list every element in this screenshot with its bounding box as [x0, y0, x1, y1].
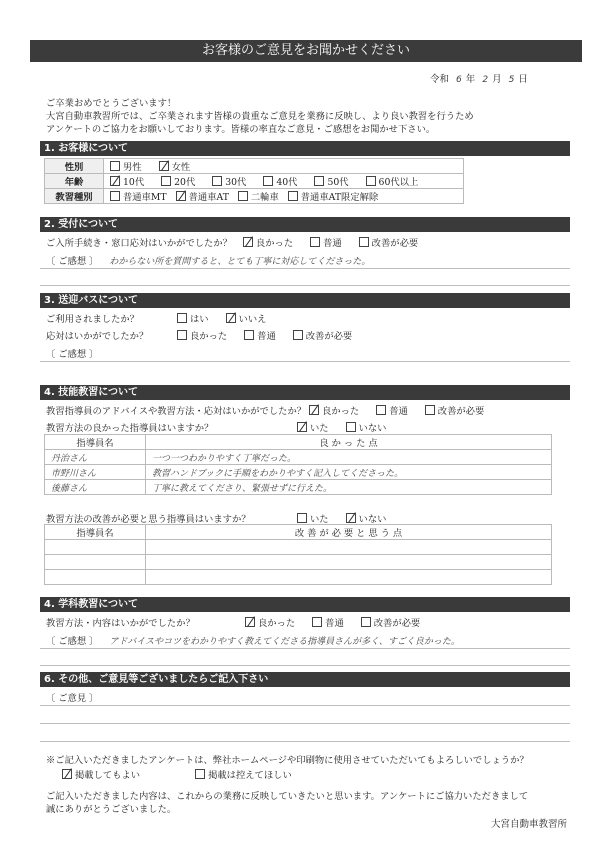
- instructor-name[interactable]: [45, 540, 146, 555]
- closing-line: 誠にありがとうございました。: [46, 803, 528, 816]
- option-label: 10代: [123, 177, 144, 188]
- checkbox-icon[interactable]: [346, 422, 356, 432]
- date-era: 令和: [430, 74, 449, 85]
- option-label: 良かった: [322, 406, 359, 417]
- checkbox-icon[interactable]: [376, 405, 386, 415]
- option-label: 普通: [325, 618, 344, 629]
- checkbox-icon[interactable]: [359, 237, 369, 247]
- other-comment[interactable]: 〔 ご意見 〕: [46, 690, 98, 704]
- option-label: 普通: [257, 331, 276, 342]
- option-label: 女性: [172, 162, 191, 173]
- date-day-unit: 日: [518, 74, 528, 85]
- option-normal[interactable]: 普通: [312, 618, 344, 629]
- option-needs-improvement[interactable]: 改善が必要: [359, 238, 419, 249]
- option-male[interactable]: 男性: [110, 162, 142, 173]
- page-title: お客様のご意見をお聞かせください: [30, 40, 582, 62]
- option-decline-publish[interactable]: 掲載は控えてほしい: [195, 770, 292, 781]
- row-label: 年齢: [45, 174, 104, 189]
- divider: [40, 741, 570, 742]
- question-text: 教習方法・内容はいかがでしたか？: [46, 615, 242, 629]
- option-label: 30代: [225, 177, 246, 188]
- section-heading-other: 6. その他、ご意見等ございましたらご記入下さい: [40, 672, 570, 687]
- option-label: はい: [190, 314, 209, 325]
- option-label: 良かった: [258, 618, 295, 629]
- table-row: [45, 570, 552, 585]
- date-year[interactable]: 6: [456, 75, 462, 85]
- reception-question-row: ご入所手続き・窓口応対はいかがでしたか？ 良かった 普通 改善が必要: [46, 235, 432, 249]
- shuttle-comment[interactable]: 〔 ご感想 〕: [46, 346, 98, 360]
- checkbox-icon[interactable]: [195, 769, 205, 779]
- option-label: 二輪車: [251, 192, 279, 203]
- option-age-30s[interactable]: 30代: [212, 177, 246, 188]
- option-age-60s-plus[interactable]: 60代以上: [366, 177, 419, 188]
- option-good[interactable]: 良かった: [177, 331, 227, 342]
- checkbox-icon[interactable]: [212, 176, 222, 186]
- good-point[interactable]: 一つ一つわかりやすく丁寧だった。: [146, 450, 552, 465]
- divider: [40, 285, 570, 286]
- checkbox-checked-icon[interactable]: [110, 176, 120, 186]
- classroom-comment[interactable]: 〔 ご感想 〕 アドバイスやコツをわかりやすく教えてくださる指導員さんが多く、す…: [46, 633, 460, 647]
- date-day[interactable]: 5: [509, 75, 515, 85]
- option-label: 普通車MT: [123, 192, 167, 203]
- checkbox-checked-icon[interactable]: [159, 161, 169, 171]
- option-no[interactable]: いいえ: [226, 314, 267, 325]
- date-month[interactable]: 2: [482, 75, 488, 85]
- divider: [40, 665, 570, 666]
- question-text: 応対はいかがでしたか？: [46, 328, 174, 342]
- divider: [40, 268, 570, 269]
- column-header: 指導員名: [45, 525, 146, 540]
- checkbox-icon[interactable]: [244, 330, 254, 340]
- comment-handwritten: アドバイスやコツをわかりやすく教えてくださる指導員さんが多く、すごく良かった。: [109, 637, 460, 647]
- table-row: 後藤さん 丁寧に教えてくださり、緊張せずに行えた。: [45, 480, 552, 495]
- classroom-question-row: 教習方法・内容はいかがでしたか？ 良かった 普通 改善が必要: [46, 615, 434, 629]
- option-label: 男性: [123, 162, 142, 173]
- instructor-name[interactable]: [45, 555, 146, 570]
- checkbox-icon[interactable]: [366, 176, 376, 186]
- intro-line: ご卒業おめでとうございます！: [46, 97, 576, 110]
- school-signature: 大宮自動車教習所: [491, 816, 567, 830]
- question-text: ご入所手続き・窓口応対はいかがでしたか？: [46, 238, 232, 249]
- column-header: 改 善 が 必 要 と 思 う 点: [146, 525, 552, 540]
- option-female[interactable]: 女性: [159, 162, 191, 173]
- option-at-limit-removal[interactable]: 普通車AT限定解除: [288, 192, 379, 203]
- date: 令和 6年 2月 5日: [430, 71, 532, 85]
- checkbox-icon[interactable]: [297, 513, 307, 523]
- comment-handwritten: わからない所を質問すると、とても丁寧に対応してくださった。: [109, 257, 370, 267]
- option-good[interactable]: 良かった: [309, 406, 359, 417]
- row-label: 教習種別: [45, 189, 104, 204]
- table-header-row: 指導員名 改 善 が 必 要 と 思 う 点: [45, 525, 552, 540]
- checkbox-icon[interactable]: [177, 330, 187, 340]
- date-month-unit: 月: [492, 74, 502, 85]
- improve-instructor-table: 指導員名 改 善 が 必 要 と 思 う 点: [44, 524, 552, 585]
- option-at[interactable]: 普通車AT: [176, 192, 229, 203]
- good-instructor-row: 教習方法の良かった指導員はいますか？ いた いない: [46, 420, 400, 434]
- option-allow-publish[interactable]: 掲載してもよい: [62, 770, 140, 781]
- checkbox-checked-icon[interactable]: [226, 313, 236, 323]
- gender-options: 男性 女性: [104, 159, 464, 174]
- option-label: 50代: [327, 177, 348, 188]
- closing-text: ご記入いただきました内容は、これからの業務に反映していきたいと思います。アンケー…: [46, 790, 528, 816]
- table-row: 性別 男性 女性: [45, 159, 464, 174]
- checkbox-checked-icon[interactable]: [297, 422, 307, 432]
- option-label: 普通車AT限定解除: [301, 192, 379, 203]
- option-age-50s[interactable]: 50代: [314, 177, 348, 188]
- customer-info-table: 性別 男性 女性 年齢 10代 20代 30代 40代 50代 60代以上 教習…: [44, 158, 464, 204]
- table-row: [45, 540, 552, 555]
- table-row: 市野川さん 教習ハンドブックに手順をわかりやすく記入してくださった。: [45, 465, 552, 480]
- checkbox-checked-icon[interactable]: [62, 769, 72, 779]
- section-heading-driving: 4. 技能教習について: [40, 385, 570, 400]
- option-needs-improvement[interactable]: 改善が必要: [293, 331, 353, 342]
- checkbox-icon[interactable]: [314, 176, 324, 186]
- good-instructor-table: 指導員名 良 か っ た 点 丹治さん 一つ一つわかりやすく丁寧だった。 市野川…: [44, 434, 552, 495]
- divider: [40, 705, 570, 706]
- driving-instructor-row: 教習指導員のアドバイスや教習方法・応対はいかがでしたか？ 良かった 普通 改善が…: [46, 403, 498, 417]
- checkbox-checked-icon[interactable]: [309, 405, 319, 415]
- comment-label: 〔 ご意見 〕: [46, 693, 98, 704]
- option-label: 良かった: [190, 331, 227, 342]
- option-label: いない: [359, 423, 387, 434]
- option-label: 普通: [389, 406, 408, 417]
- question-text: 教習方法の良かった指導員はいますか？: [46, 420, 294, 434]
- shuttle-usage-row: ご利用されましたか？ はい いいえ: [46, 311, 280, 325]
- comment-label: 〔 ご感想 〕: [46, 256, 98, 267]
- instructor-name[interactable]: 後藤さん: [45, 480, 146, 495]
- section-heading-reception: 2. 受付について: [40, 217, 570, 232]
- consent-question: ※ご記入いただきましたアンケートは、弊社ホームページや印刷物に使用させていただい…: [46, 752, 529, 766]
- divider: [40, 723, 570, 724]
- checkbox-icon[interactable]: [177, 313, 187, 323]
- option-label: 改善が必要: [372, 238, 419, 249]
- section-heading-shuttle: 3. 送迎バスについて: [40, 293, 570, 308]
- option-yes[interactable]: はい: [177, 314, 209, 325]
- option-label: 改善が必要: [306, 331, 353, 342]
- option-label: 60代以上: [379, 177, 419, 188]
- option-label: 20代: [174, 177, 195, 188]
- good-point[interactable]: 丁寧に教えてくださり、緊張せずに行えた。: [146, 480, 552, 495]
- age-options: 10代 20代 30代 40代 50代 60代以上: [104, 174, 464, 189]
- option-normal[interactable]: 普通: [310, 238, 342, 249]
- closing-line: ご記入いただきました内容は、これからの業務に反映していきたいと思います。アンケー…: [46, 790, 528, 803]
- checkbox-icon[interactable]: [161, 176, 171, 186]
- option-good[interactable]: 良かった: [243, 238, 293, 249]
- comment-label: 〔 ご感想 〕: [46, 349, 98, 360]
- checkbox-icon[interactable]: [238, 191, 248, 201]
- option-label: 40代: [276, 177, 297, 188]
- option-label: 改善が必要: [374, 618, 421, 629]
- course-options: 普通車MT 普通車AT 二輪車 普通車AT限定解除: [104, 189, 464, 204]
- option-mt[interactable]: 普通車MT: [110, 192, 167, 203]
- good-point[interactable]: 教習ハンドブックに手順をわかりやすく記入してくださった。: [146, 465, 552, 480]
- checkbox-checked-icon[interactable]: [346, 513, 356, 523]
- table-row: 年齢 10代 20代 30代 40代 50代 60代以上: [45, 174, 464, 189]
- table-header-row: 指導員名 良 か っ た 点: [45, 435, 552, 450]
- divider: [40, 361, 570, 362]
- option-age-20s[interactable]: 20代: [161, 177, 195, 188]
- row-label: 性別: [45, 159, 104, 174]
- option-label: 普通: [323, 238, 342, 249]
- checkbox-icon[interactable]: [263, 176, 273, 186]
- intro-text: ご卒業おめでとうございます！ 大宮自動車教習所では、ご卒業されます皆様の貴重なご…: [46, 97, 576, 136]
- option-good[interactable]: 良かった: [245, 618, 295, 629]
- date-year-unit: 年: [466, 74, 476, 85]
- checkbox-icon[interactable]: [110, 161, 120, 171]
- option-age-10s[interactable]: 10代: [110, 177, 144, 188]
- question-text: ご利用されましたか？: [46, 311, 174, 325]
- checkbox-checked-icon[interactable]: [176, 191, 186, 201]
- checkbox-checked-icon[interactable]: [243, 237, 253, 247]
- option-normal[interactable]: 普通: [244, 331, 276, 342]
- column-header: 良 か っ た 点: [146, 435, 552, 450]
- checkbox-icon[interactable]: [293, 330, 303, 340]
- consent-options: 掲載してもよい 掲載は控えてほしい: [62, 767, 306, 781]
- checkbox-icon[interactable]: [361, 617, 371, 627]
- improve-point[interactable]: [146, 540, 552, 555]
- comment-label: 〔 ご感想 〕: [46, 636, 98, 647]
- instructor-name[interactable]: [45, 570, 146, 585]
- section-heading-customer: 1. お客様について: [40, 141, 570, 156]
- option-age-40s[interactable]: 40代: [263, 177, 297, 188]
- table-row: [45, 555, 552, 570]
- option-label: 改善が必要: [438, 406, 485, 417]
- section-heading-classroom: 4. 学科教習について: [40, 597, 570, 612]
- checkbox-icon[interactable]: [312, 617, 322, 627]
- checkbox-icon[interactable]: [425, 405, 435, 415]
- option-needs-improvement[interactable]: 改善が必要: [425, 406, 485, 417]
- improve-point[interactable]: [146, 555, 552, 570]
- option-needs-improvement[interactable]: 改善が必要: [361, 618, 421, 629]
- option-yes[interactable]: いた: [297, 423, 329, 434]
- checkbox-icon[interactable]: [288, 191, 298, 201]
- option-label: いた: [310, 423, 329, 434]
- option-label: 掲載は控えてほしい: [208, 770, 292, 781]
- option-normal[interactable]: 普通: [376, 406, 408, 417]
- option-motorcycle[interactable]: 二輪車: [238, 192, 279, 203]
- improve-instructor-row: 教習方法の改善が必要と思う指導員はいますか？ いた いない: [46, 511, 400, 525]
- instructor-name[interactable]: 市野川さん: [45, 465, 146, 480]
- option-label: いいえ: [239, 314, 267, 325]
- option-label: 良かった: [256, 238, 293, 249]
- column-header: 指導員名: [45, 435, 146, 450]
- checkbox-icon[interactable]: [310, 237, 320, 247]
- table-row: 教習種別 普通車MT 普通車AT 二輪車 普通車AT限定解除: [45, 189, 464, 204]
- improve-point[interactable]: [146, 570, 552, 585]
- intro-line: 大宮自動車教習所では、ご卒業されます皆様の貴重なご意見を業務に反映し、より良い教…: [46, 110, 576, 123]
- intro-line: アンケートのご協力をお願いしております。皆様の率直なご意見・ご感想をお聞かせ下さ…: [46, 123, 576, 136]
- shuttle-service-row: 応対はいかがでしたか？ 良かった 普通 改善が必要: [46, 328, 366, 342]
- reception-comment[interactable]: 〔 ご感想 〕 わからない所を質問すると、とても丁寧に対応してくださった。: [46, 253, 370, 267]
- divider: [40, 648, 570, 649]
- option-label: 掲載してもよい: [75, 770, 140, 781]
- question-text: 教習指導員のアドバイスや教習方法・応対はいかがでしたか？: [46, 406, 306, 417]
- option-label: 普通車AT: [189, 192, 229, 203]
- checkbox-icon[interactable]: [110, 191, 120, 201]
- option-no[interactable]: いない: [346, 423, 387, 434]
- instructor-name[interactable]: 丹治さん: [45, 450, 146, 465]
- question-text: 教習方法の改善が必要と思う指導員はいますか？: [46, 511, 294, 525]
- table-row: 丹治さん 一つ一つわかりやすく丁寧だった。: [45, 450, 552, 465]
- checkbox-checked-icon[interactable]: [245, 617, 255, 627]
